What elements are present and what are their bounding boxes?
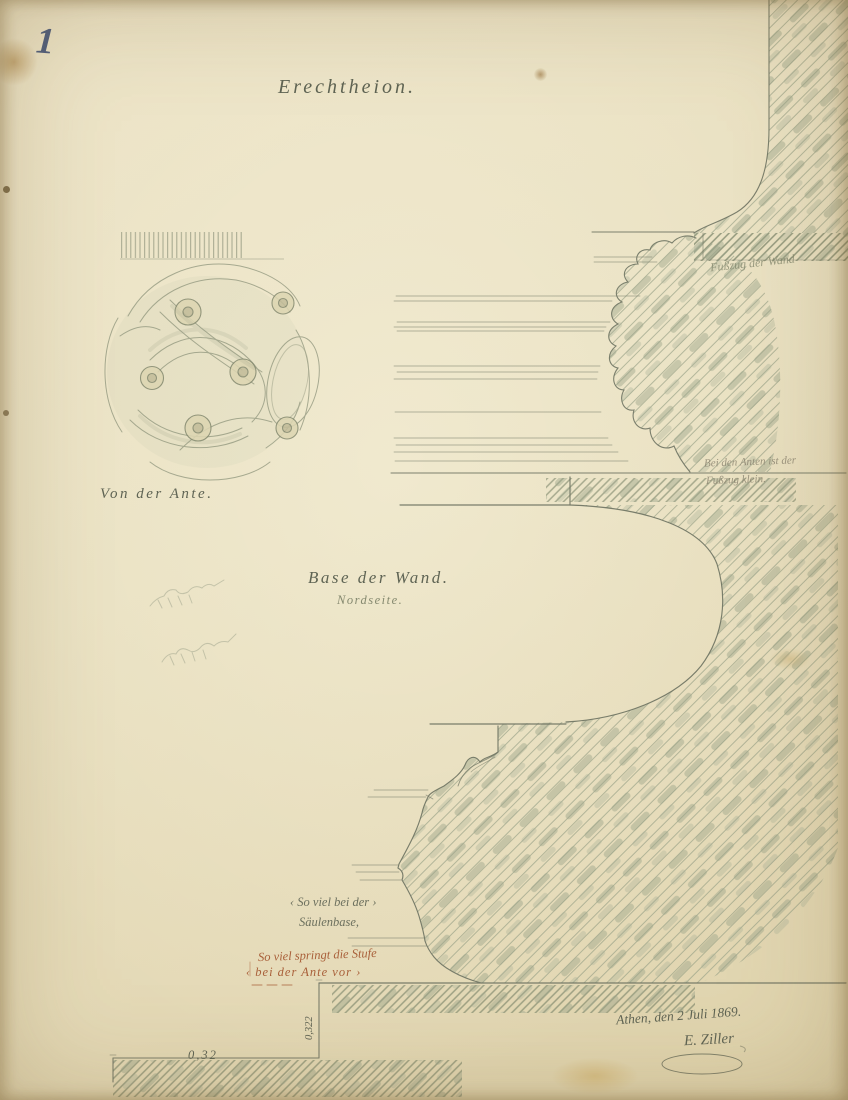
saeulen-note-line2: Säulenbase, xyxy=(299,915,359,930)
sheet-title: Erechtheion. xyxy=(278,76,416,99)
base-caption: Base der Wand. xyxy=(308,568,450,588)
page-number: 1 xyxy=(35,19,56,63)
base-subcaption: Nordseite. xyxy=(337,593,403,608)
dimension-step-height: 0,322 xyxy=(304,1016,315,1040)
saeulen-note-line1: ‹ So viel bei der › xyxy=(290,895,376,910)
architectural-drawing xyxy=(0,0,848,1100)
signature-name: E. Ziller xyxy=(684,1031,735,1051)
anta-capital-ornament xyxy=(105,232,327,480)
hatch-fill-layer xyxy=(113,0,848,1097)
dimension-step-width: 0,32 xyxy=(188,1048,218,1063)
drawing-sheet: 1 Erechtheion. Von der Ante. Fußzug der … xyxy=(0,0,848,1100)
ante-caption: Von der Ante. xyxy=(100,486,213,503)
red-note-line2: ‹ bei der Ante vor › xyxy=(246,965,361,980)
faint-sketch-scribbles xyxy=(150,580,236,665)
signature-flourish xyxy=(662,1046,745,1074)
anten-note-line2: Fußzug klein. xyxy=(706,473,766,487)
